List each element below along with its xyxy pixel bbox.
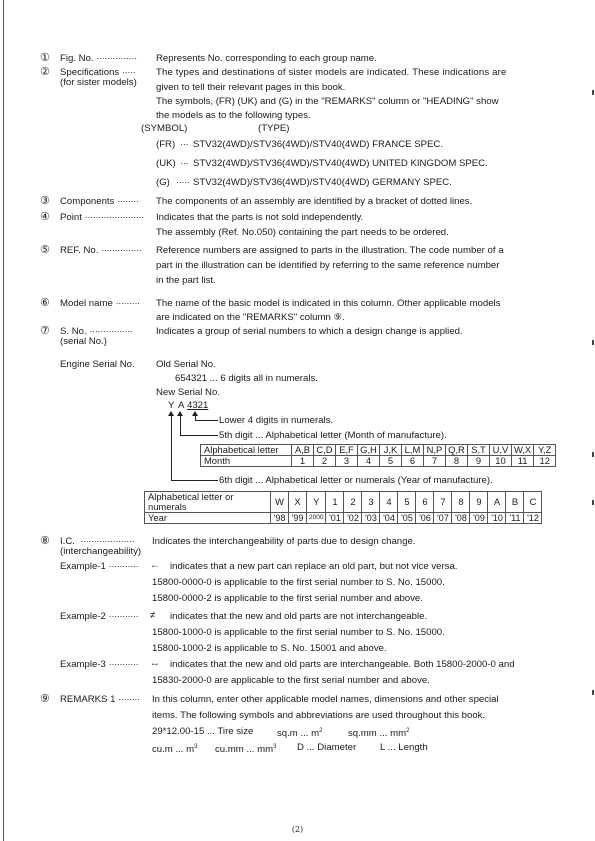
table-cell: 12 — [534, 456, 556, 467]
table-cell: G,H — [358, 445, 380, 456]
table-cell: 1 — [292, 456, 314, 467]
item-number: ① — [40, 53, 50, 64]
page-number: (2) — [0, 825, 595, 834]
item-description: The name of the basic model is indicated… — [156, 298, 501, 309]
table-cell: '08 — [452, 513, 470, 524]
table-cell: C — [524, 492, 542, 513]
dots: ····· — [176, 177, 189, 188]
item-sublabel: (for sister models) — [60, 77, 137, 88]
item-number: ② — [40, 67, 50, 78]
item-description: are indicated on the "REMARKS" column ⑨. — [156, 312, 345, 323]
example-label: Example-2 ··········· — [60, 611, 138, 622]
pointer-line — [195, 420, 218, 421]
table-cell: '09 — [470, 513, 488, 524]
table-cell: 7 — [434, 492, 452, 513]
edge-mark — [592, 452, 594, 457]
table-cell: '05 — [398, 513, 416, 524]
pointer-line — [180, 435, 218, 436]
table-cell: '06 — [416, 513, 434, 524]
item-description: the models as to the following types. — [156, 110, 311, 121]
table-cell: '02 — [344, 513, 362, 524]
table-cell: S,T — [468, 445, 490, 456]
abbrev-sqmm: sq.mm ... mm2 — [348, 726, 409, 739]
item-description: given to tell their relevant pages in th… — [156, 82, 345, 93]
table-cell: 2 — [344, 492, 362, 513]
table-cell: '04 — [380, 513, 398, 524]
dots: ··· — [180, 139, 188, 150]
table-cell: '01 — [326, 513, 344, 524]
item-description: items. The following symbols and abbrevi… — [152, 710, 485, 721]
table-cell: L,M — [402, 445, 424, 456]
month-table: Alphabetical letter A,BC,DE,FG,HJ,KL,MN,… — [200, 444, 556, 467]
table-cell: '07 — [434, 513, 452, 524]
serial-example-y: Y — [168, 400, 174, 411]
abbrev-sqm: sq.m ... m2 — [277, 726, 322, 739]
table-cell: 6 — [402, 456, 424, 467]
table-cell: A — [488, 492, 506, 513]
dots: ··· — [180, 158, 188, 169]
item-label: Point ······················ — [60, 212, 144, 223]
abbrev-tire: 29*12.00-15 ... Tire size — [152, 726, 253, 737]
table-cell: '99 — [289, 513, 307, 524]
table-cell: X — [289, 492, 307, 513]
abbrev-cumm: cu.mm ... mm3 — [215, 742, 276, 755]
table-cell: J,K — [380, 445, 402, 456]
pointer-line — [180, 416, 181, 435]
symbol-type: STV32(4WD)/STV36(4WD)/STV40(4WD) FRANCE … — [193, 139, 443, 150]
table-cell: U,V — [490, 445, 512, 456]
digit5-desc: 5th digit ... Alphabetical letter (Month… — [219, 430, 447, 441]
page-border — [3, 0, 4, 841]
table-cell: Q,R — [446, 445, 468, 456]
abbrev-diameter: D ... Diameter — [297, 742, 356, 753]
edge-mark — [592, 90, 594, 95]
item-number: ⑥ — [40, 298, 50, 309]
example-description: 15800-1000-0 is applicable to the first … — [152, 627, 445, 638]
table-cell: 2000 — [307, 513, 326, 524]
table-header: Year — [145, 513, 271, 524]
table-header: Month — [201, 456, 292, 467]
symbol-header: (SYMBOL) — [141, 123, 187, 134]
month-table-letters-row: Alphabetical letter A,BC,DE,FG,HJ,KL,MN,… — [201, 445, 556, 456]
lower4-desc: Lower 4 digits in numerals. — [219, 415, 333, 426]
example-description: 15830-2000-0 are applicable to the first… — [152, 675, 430, 686]
serial-example-digits: 4321 — [187, 400, 208, 411]
new-serial-title: New Serial No. — [156, 387, 220, 398]
example-description: 15800-0000-2 is applicable to the first … — [152, 593, 423, 604]
table-cell: 3 — [362, 492, 380, 513]
item-label: REF. No. ··············· — [60, 245, 142, 256]
table-cell: '10 — [488, 513, 506, 524]
month-table-months-row: Month 123456789101112 — [201, 456, 556, 467]
item-description: Reference numbers are assigned to parts … — [156, 245, 504, 256]
table-cell: '11 — [506, 513, 524, 524]
table-cell: 5 — [380, 456, 402, 467]
symbol: (UK) — [156, 158, 176, 169]
symbol-type: STV32(4WD)/STV36(4WD)/STV40(4WD) GERMANY… — [193, 177, 452, 188]
item-number: ⑤ — [40, 245, 50, 256]
type-header: (TYPE) — [258, 123, 289, 134]
table-cell: B — [506, 492, 524, 513]
edge-mark — [592, 340, 594, 345]
symbol: (FR) — [156, 139, 175, 150]
example-label: Example-1 ··········· — [60, 561, 138, 572]
example-description: indicates that the new and old parts are… — [170, 611, 427, 622]
item-number: ⑦ — [40, 326, 50, 337]
table-header: Alphabetical letter — [201, 445, 292, 456]
table-cell: '03 — [362, 513, 380, 524]
item-label: Components ········ — [60, 196, 139, 207]
item-description: In this column, enter other applicable m… — [152, 694, 499, 705]
table-cell: '12 — [524, 513, 542, 524]
table-cell: Y,Z — [534, 445, 556, 456]
item-label: Fig. No. ··············· — [60, 53, 137, 64]
year-table-years-row: Year '98'992000'01'02'03'04'05'06'07'08'… — [145, 513, 542, 524]
example-description: 15800-0000-0 is applicable to the first … — [152, 577, 445, 588]
table-cell: 8 — [446, 456, 468, 467]
table-cell: 11 — [512, 456, 534, 467]
table-cell: W,X — [512, 445, 534, 456]
table-cell: 9 — [470, 492, 488, 513]
table-cell: 4 — [380, 492, 398, 513]
symbol: (G) — [156, 177, 170, 188]
double-arrow-icon: ↔ — [150, 658, 160, 669]
item-description: The components of an assembly are identi… — [156, 196, 472, 207]
table-cell: 4 — [358, 456, 380, 467]
edge-mark — [592, 500, 594, 505]
year-table: Alphabetical letter or numerals WXY12345… — [144, 491, 542, 524]
edge-mark — [592, 690, 594, 695]
arrow-left-icon: ← — [150, 560, 160, 571]
item-number: ③ — [40, 196, 50, 207]
table-cell: Y — [307, 492, 326, 513]
example-label: Example-3 ··········· — [60, 659, 138, 670]
old-serial-desc: 654321 ... 6 digits all in numerals. — [175, 373, 318, 384]
item-description: The assembly (Ref. No.050) containing th… — [156, 227, 449, 238]
not-equal-icon: ≠ — [150, 610, 155, 621]
table-cell: 2 — [314, 456, 336, 467]
item-description: in the part list. — [156, 275, 216, 286]
table-cell: 8 — [452, 492, 470, 513]
example-description: indicates that the new and old parts are… — [170, 659, 515, 670]
digit6-desc: 6th digit ... Alphabetical letter or num… — [219, 475, 493, 486]
item-label: Model name ········· — [60, 298, 140, 309]
item-description: Indicates a group of serial numbers to w… — [156, 326, 463, 337]
item-description: The types and destinations of sister mod… — [156, 67, 506, 78]
symbol-type: STV32(4WD)/STV36(4WD)/STV40(4WD) UNITED … — [193, 158, 488, 169]
item-description: The symbols, (FR) (UK) and (G) in the "R… — [156, 96, 499, 107]
old-serial-title: Old Serial No. — [156, 359, 216, 370]
table-cell: 7 — [424, 456, 446, 467]
year-table-codes-row: Alphabetical letter or numerals WXY12345… — [145, 492, 542, 513]
pointer-line — [171, 416, 172, 480]
table-cell: A,B — [292, 445, 314, 456]
item-number: ④ — [40, 212, 50, 223]
table-cell: 10 — [490, 456, 512, 467]
table-cell: '98 — [271, 513, 289, 524]
abbrev-length: L ... Length — [380, 742, 428, 753]
item-number: ⑨ — [40, 694, 50, 705]
item-description: Indicates that the parts is not sold ind… — [156, 212, 363, 223]
table-cell: 6 — [416, 492, 434, 513]
item-sublabel: (serial No.) — [60, 336, 107, 347]
table-cell: C,D — [314, 445, 336, 456]
abbrev-cum: cu.m ... m3 — [152, 742, 197, 755]
item-description: part in the illustration can be identifi… — [156, 260, 499, 271]
item-sublabel: (interchangeability) — [60, 546, 141, 557]
table-cell: 9 — [468, 456, 490, 467]
table-header: Alphabetical letter or numerals — [145, 492, 271, 513]
table-cell: 1 — [326, 492, 344, 513]
pointer-line — [171, 480, 218, 481]
item-number: ⑧ — [40, 536, 50, 547]
table-cell: N,P — [424, 445, 446, 456]
example-description: indicates that a new part can replace an… — [170, 561, 457, 572]
table-cell: 3 — [336, 456, 358, 467]
engine-serial-label: Engine Serial No. — [60, 359, 135, 370]
table-cell: E,F — [336, 445, 358, 456]
item-description: Indicates the interchangeability of part… — [152, 536, 415, 547]
item-description: Represents No. corresponding to each gro… — [156, 53, 377, 64]
example-description: 15800-1000-2 is applicable to S. No. 150… — [152, 643, 387, 654]
serial-example-a: A — [178, 400, 184, 411]
table-cell: W — [271, 492, 289, 513]
table-cell: 5 — [398, 492, 416, 513]
item-label: REMARKS 1 ········ — [60, 694, 140, 705]
